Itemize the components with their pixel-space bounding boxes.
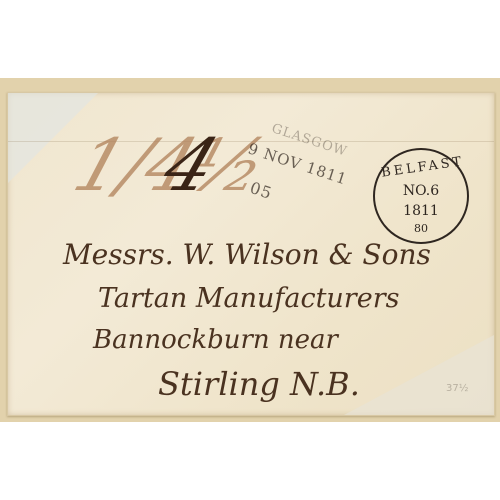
- postmark-date: NO.6: [375, 183, 467, 199]
- address-line-3: Bannockburn near: [93, 325, 338, 355]
- address-line-1: Messrs. W. Wilson & Sons: [63, 238, 431, 271]
- postmark-bottom: 80: [375, 222, 467, 235]
- pencil-note: 37½: [446, 383, 468, 394]
- postmark-town: BELFAST: [380, 154, 465, 180]
- postmark-year: 1811: [375, 203, 467, 219]
- corner-mount-bottom-right: [344, 335, 494, 415]
- address-line-4: Stirling N.B.: [158, 365, 360, 403]
- belfast-postmark: BELFAST NO.6 1811 80: [373, 148, 469, 244]
- letter-cover: 1/4½ 4 GLASGOW 9 NOV 1811 05 Messrs. W. …: [7, 92, 495, 416]
- address-line-2: Tartan Manufacturers: [98, 283, 399, 314]
